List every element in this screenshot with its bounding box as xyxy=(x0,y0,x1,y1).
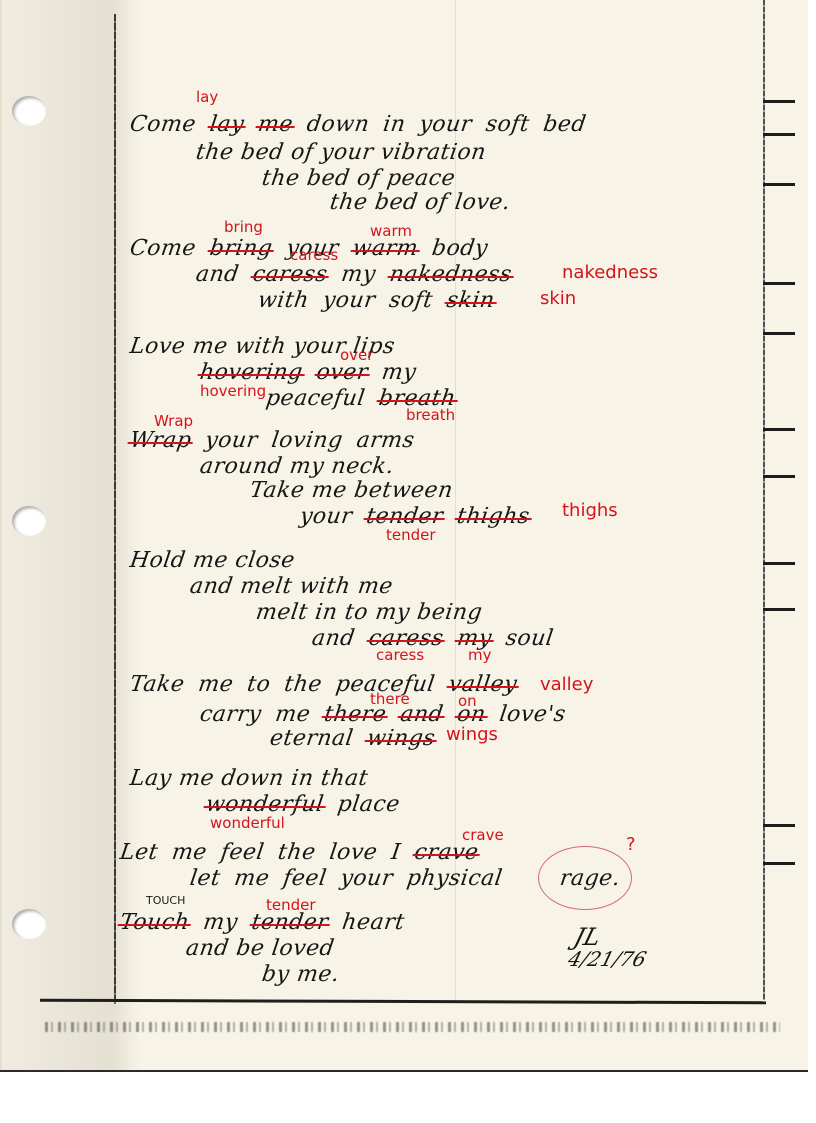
circled-word: rage. xyxy=(558,866,622,891)
lyric-line: melt in to my being xyxy=(254,600,484,625)
edit-my: my xyxy=(468,646,492,664)
lyric-line: Comelaymedowninyoursoftbed xyxy=(128,112,602,137)
lyric-line: withyoursoftskin xyxy=(256,288,510,313)
lyric-line: LetmefeeltheloveIcrave xyxy=(118,840,494,865)
edit-bring: bring xyxy=(224,218,263,236)
lyric-line: the bed of love. xyxy=(328,190,512,215)
lyric-line: and melt with me xyxy=(188,574,394,599)
edit-tender: tender xyxy=(386,526,436,544)
margin-tick xyxy=(763,824,795,827)
punch-hole-middle xyxy=(12,506,46,536)
margin-tick xyxy=(763,475,795,478)
lyric-line: Take me between xyxy=(248,478,454,503)
lyric-line: carrymethereandonlove's xyxy=(198,702,581,727)
lyric-line: the bed of your vibration xyxy=(194,140,487,165)
lyric-line: Wrapyourlovingarms xyxy=(128,428,430,453)
punch-hole-bottom xyxy=(12,909,46,939)
lyric-line: Lay me down in that xyxy=(128,766,370,791)
edit-touch: TOUCH xyxy=(146,894,185,907)
edit-breath: breath xyxy=(406,406,455,424)
margin-tick xyxy=(763,282,795,285)
right-margin-line xyxy=(763,0,765,1000)
lyric-line: by me. xyxy=(260,962,341,987)
margin-tick xyxy=(763,562,795,565)
margin-tick xyxy=(763,133,795,136)
edit-lay: lay xyxy=(196,88,218,106)
question-mark-annotation: ? xyxy=(626,834,636,855)
margin-tick xyxy=(763,183,795,186)
lyric-line: andcaressmysoul xyxy=(310,626,569,651)
margin-tick xyxy=(763,332,795,335)
edit-skin: skin xyxy=(540,288,576,309)
lyric-line: letmefeelyourphysical xyxy=(188,866,518,891)
signature: JL 4/21/76 xyxy=(566,925,655,969)
edit-wonderful: wonderful xyxy=(210,814,285,832)
edit-nakedness: nakedness xyxy=(562,262,658,283)
edit-wings: wings xyxy=(446,724,498,745)
left-margin-line xyxy=(114,14,116,1004)
lyric-line: the bed of peace xyxy=(260,166,457,191)
lyric-line: and be loved xyxy=(184,936,336,961)
signature-date: 4/21/76 xyxy=(566,949,648,969)
lyric-line: andcaressmynakedness xyxy=(194,262,527,287)
lyric-line: Touchmytenderheart xyxy=(118,910,420,935)
lyric-line: around my neck. xyxy=(198,454,395,479)
margin-tick xyxy=(763,428,795,431)
lyric-line: Hold me close xyxy=(128,548,296,573)
punch-hole-top xyxy=(12,96,46,126)
margin-tick xyxy=(763,100,795,103)
lyric-line: eternalwings xyxy=(268,726,451,751)
edit-valley: valley xyxy=(540,674,593,695)
copier-smudge xyxy=(45,1022,780,1032)
edit-thighs: thighs xyxy=(562,500,618,521)
signature-initials: JL xyxy=(571,925,655,949)
bottom-rule-line xyxy=(40,999,766,1005)
edit-caress: caress xyxy=(376,646,424,664)
margin-tick xyxy=(763,608,795,611)
margin-tick xyxy=(763,862,795,865)
edit-hovering: hovering xyxy=(200,382,266,400)
